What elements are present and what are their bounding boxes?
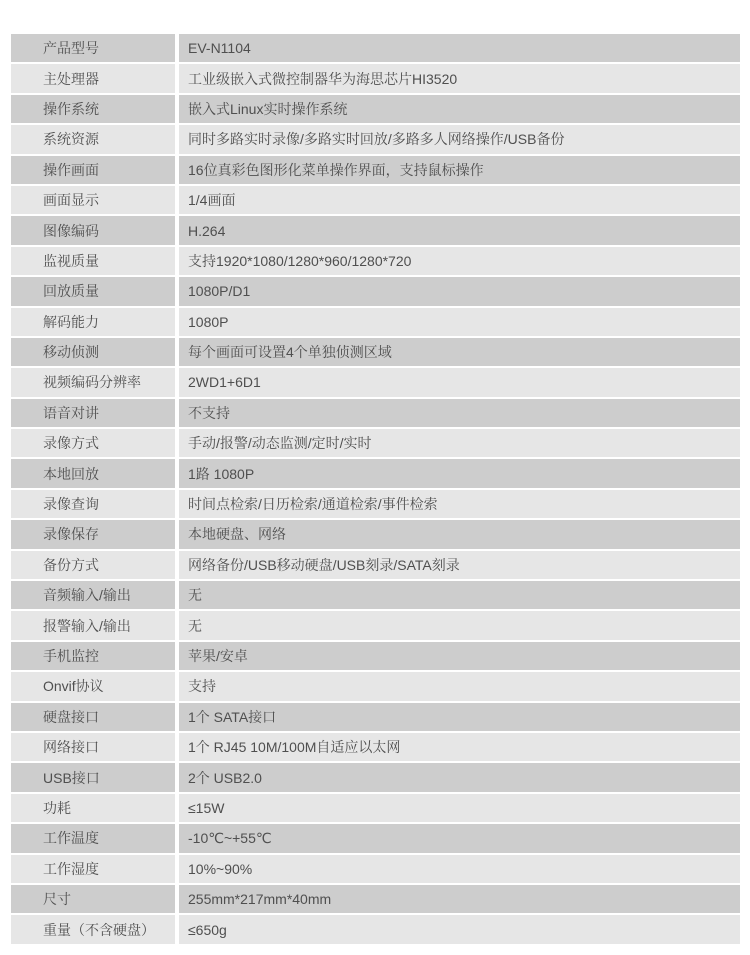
spec-row: 主处理器 工业级嵌入式微控制器华为海思芯片HI3520 <box>11 64 740 92</box>
spec-row-label: 报警输入/输出 <box>11 611 175 639</box>
spec-row: 回放质量 1080P/D1 <box>11 277 740 305</box>
spec-row: 图像编码 H.264 <box>11 216 740 244</box>
spec-row-value: 1个 RJ45 10M/100M自适应以太网 <box>179 733 740 761</box>
spec-row: 手机监控 苹果/安卓 <box>11 642 740 670</box>
spec-row-value: 不支持 <box>179 399 740 427</box>
spec-row: 尺寸 255mm*217mm*40mm <box>11 885 740 913</box>
spec-row: 操作系统 嵌入式Linux实时操作系统 <box>11 95 740 123</box>
spec-row-value: 每个画面可设置4个单独侦测区域 <box>179 338 740 366</box>
spec-row: 功耗 ≤15W <box>11 794 740 822</box>
spec-row-label: 操作画面 <box>11 156 175 184</box>
spec-row-value: 支持1920*1080/1280*960/1280*720 <box>179 247 740 275</box>
spec-row: 报警输入/输出 无 <box>11 611 740 639</box>
spec-row: 录像保存 本地硬盘、网络 <box>11 520 740 548</box>
spec-row-label: 系统资源 <box>11 125 175 153</box>
spec-row: Onvif协议 支持 <box>11 672 740 700</box>
spec-row-value: 1/4画面 <box>179 186 740 214</box>
spec-row-value: 1个 SATA接口 <box>179 703 740 731</box>
spec-row-value: 无 <box>179 581 740 609</box>
spec-row-value: 同时多路实时录像/多路实时回放/多路多人网络操作/USB备份 <box>179 125 740 153</box>
spec-row: USB接口 2个 USB2.0 <box>11 763 740 791</box>
spec-row-label: 视频编码分辨率 <box>11 368 175 396</box>
spec-row-value: 支持 <box>179 672 740 700</box>
spec-row: 语音对讲 不支持 <box>11 399 740 427</box>
spec-row-label: 监视质量 <box>11 247 175 275</box>
spec-row-value: ≤650g <box>179 915 740 943</box>
spec-row-label: 操作系统 <box>11 95 175 123</box>
spec-row-label: 网络接口 <box>11 733 175 761</box>
spec-row-label: 回放质量 <box>11 277 175 305</box>
spec-row-value: ≤15W <box>179 794 740 822</box>
spec-row: 工作温度 -10℃~+55℃ <box>11 824 740 852</box>
spec-row: 解码能力 1080P <box>11 308 740 336</box>
spec-row-value: 1080P <box>179 308 740 336</box>
spec-row-label: 本地回放 <box>11 459 175 487</box>
spec-row: 网络接口 1个 RJ45 10M/100M自适应以太网 <box>11 733 740 761</box>
spec-row-value: EV-N1104 <box>179 34 740 62</box>
spec-row-label: USB接口 <box>11 763 175 791</box>
spec-row-label: 主处理器 <box>11 64 175 92</box>
spec-row-label: 音频输入/输出 <box>11 581 175 609</box>
spec-row-value: 1080P/D1 <box>179 277 740 305</box>
spec-row-value: 255mm*217mm*40mm <box>179 885 740 913</box>
spec-row: 移动侦测 每个画面可设置4个单独侦测区域 <box>11 338 740 366</box>
spec-row-value: 手动/报警/动态监测/定时/实时 <box>179 429 740 457</box>
spec-row: 视频编码分辨率 2WD1+6D1 <box>11 368 740 396</box>
spec-row: 重量（不含硬盘） ≤650g <box>11 915 740 943</box>
spec-row: 工作湿度 10%~90% <box>11 855 740 883</box>
spec-row-label: 录像查询 <box>11 490 175 518</box>
spec-row-value: 2WD1+6D1 <box>179 368 740 396</box>
spec-row-value: 16位真彩色图形化菜单操作界面，支持鼠标操作 <box>179 156 740 184</box>
spec-row-label: 录像保存 <box>11 520 175 548</box>
spec-row: 硬盘接口 1个 SATA接口 <box>11 703 740 731</box>
spec-row: 监视质量 支持1920*1080/1280*960/1280*720 <box>11 247 740 275</box>
spec-row-label: 硬盘接口 <box>11 703 175 731</box>
product-spec-table: 产品型号 EV-N1104 主处理器 工业级嵌入式微控制器华为海思芯片HI352… <box>11 34 740 946</box>
spec-row: 录像方式 手动/报警/动态监测/定时/实时 <box>11 429 740 457</box>
spec-row-label: 工作湿度 <box>11 855 175 883</box>
spec-row: 音频输入/输出 无 <box>11 581 740 609</box>
spec-row: 备份方式 网络备份/USB移动硬盘/USB刻录/SATA刻录 <box>11 551 740 579</box>
spec-row-value: 时间点检索/日历检索/通道检索/事件检索 <box>179 490 740 518</box>
spec-row-label: 工作温度 <box>11 824 175 852</box>
spec-row-value: 工业级嵌入式微控制器华为海思芯片HI3520 <box>179 64 740 92</box>
spec-row: 操作画面 16位真彩色图形化菜单操作界面，支持鼠标操作 <box>11 156 740 184</box>
spec-row-label: 尺寸 <box>11 885 175 913</box>
spec-row-label: 重量（不含硬盘） <box>11 915 175 943</box>
spec-row-value: 嵌入式Linux实时操作系统 <box>179 95 740 123</box>
spec-row-value: 无 <box>179 611 740 639</box>
spec-row: 产品型号 EV-N1104 <box>11 34 740 62</box>
spec-row: 本地回放 1路 1080P <box>11 459 740 487</box>
spec-row-value: 1路 1080P <box>179 459 740 487</box>
spec-row-label: 产品型号 <box>11 34 175 62</box>
spec-row-value: 10%~90% <box>179 855 740 883</box>
spec-row-value: 网络备份/USB移动硬盘/USB刻录/SATA刻录 <box>179 551 740 579</box>
spec-row-label: Onvif协议 <box>11 672 175 700</box>
spec-row-label: 备份方式 <box>11 551 175 579</box>
spec-row-label: 录像方式 <box>11 429 175 457</box>
spec-row-label: 图像编码 <box>11 216 175 244</box>
spec-row-label: 移动侦测 <box>11 338 175 366</box>
spec-row: 录像查询 时间点检索/日历检索/通道检索/事件检索 <box>11 490 740 518</box>
spec-row: 系统资源 同时多路实时录像/多路实时回放/多路多人网络操作/USB备份 <box>11 125 740 153</box>
spec-row-value: 2个 USB2.0 <box>179 763 740 791</box>
spec-row-label: 功耗 <box>11 794 175 822</box>
spec-row-label: 解码能力 <box>11 308 175 336</box>
spec-row-label: 画面显示 <box>11 186 175 214</box>
spec-row-value: 苹果/安卓 <box>179 642 740 670</box>
spec-row-label: 手机监控 <box>11 642 175 670</box>
spec-row-value: -10℃~+55℃ <box>179 824 740 852</box>
spec-row-label: 语音对讲 <box>11 399 175 427</box>
spec-row-value: 本地硬盘、网络 <box>179 520 740 548</box>
spec-row-value: H.264 <box>179 216 740 244</box>
spec-row: 画面显示 1/4画面 <box>11 186 740 214</box>
